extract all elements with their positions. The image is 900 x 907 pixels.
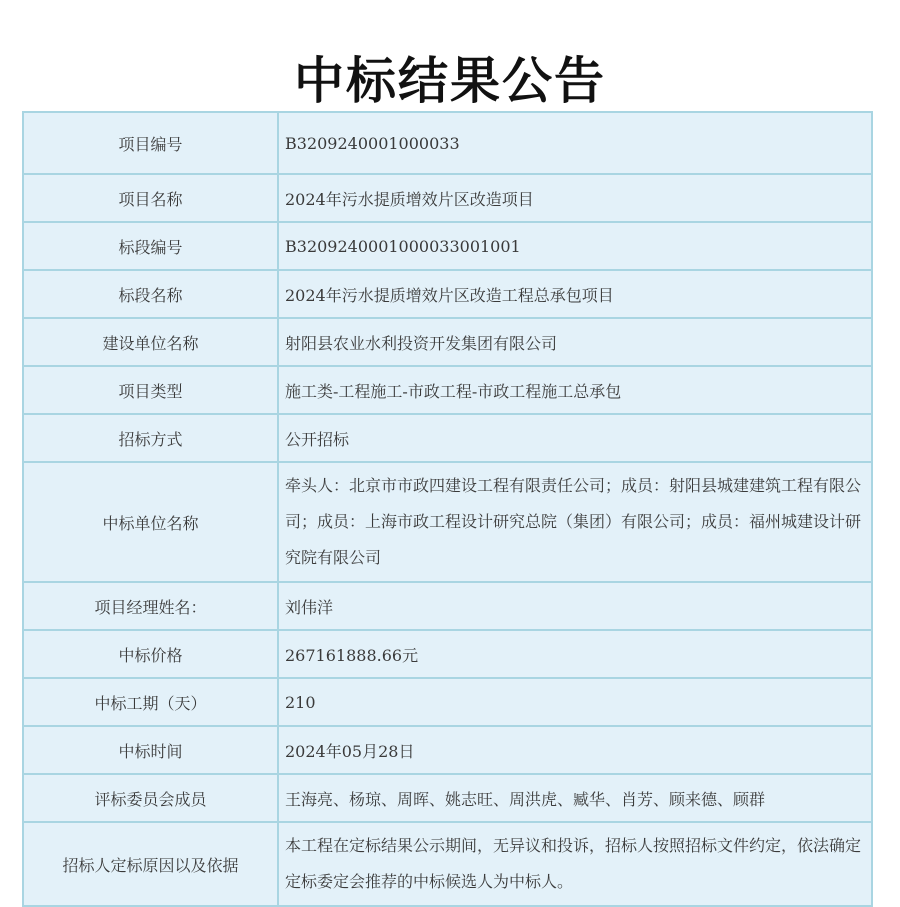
row-label: 中标时间 bbox=[23, 726, 278, 774]
table-row-winning-price: 中标价格 267161888.66元 bbox=[23, 630, 872, 678]
table-row-award-basis: 招标人定标原因以及依据 本工程在定标结果公示期间，无异议和投诉，招标人按照招标文… bbox=[23, 822, 872, 892]
table-row-section-name: 标段名称 2024年污水提质增效片区改造工程总承包项目 bbox=[23, 270, 872, 318]
row-value: B3209240001000033 bbox=[278, 112, 872, 174]
row-value: 267161888.66元 bbox=[278, 630, 872, 678]
row-value: B3209240001000033001001 bbox=[278, 222, 872, 270]
table-row-builder-unit: 建设单位名称 射阳县农业水利投资开发集团有限公司 bbox=[23, 318, 872, 366]
row-label: 项目名称 bbox=[23, 174, 278, 222]
row-label: 中标单位名称 bbox=[23, 462, 278, 582]
row-value: 210 bbox=[278, 678, 872, 726]
table-row-duration: 中标工期（天） 210 bbox=[23, 678, 872, 726]
table-row-project-name: 项目名称 2024年污水提质增效片区改造项目 bbox=[23, 174, 872, 222]
row-value: 本工程在定标结果公示期间，无异议和投诉，招标人按照招标文件约定，依法确定定标委定… bbox=[278, 822, 872, 892]
row-value: 2024年污水提质增效片区改造项目 bbox=[278, 174, 872, 222]
row-value: 刘伟洋 bbox=[278, 582, 872, 630]
row-label: 项目类型 bbox=[23, 366, 278, 414]
table-row-award-date: 中标时间 2024年05月28日 bbox=[23, 726, 872, 774]
bid-result-table: 项目编号 B3209240001000033 项目名称 2024年污水提质增效片… bbox=[22, 111, 873, 892]
page-title: 中标结果公告 bbox=[0, 46, 900, 116]
row-value: 牵头人：北京市市政四建设工程有限责任公司；成员：射阳县城建建筑工程有限公司；成员… bbox=[278, 462, 872, 582]
row-value: 施工类-工程施工-市政工程-市政工程施工总承包 bbox=[278, 366, 872, 414]
row-label: 评标委员会成员 bbox=[23, 774, 278, 822]
table-row-committee-members: 评标委员会成员 王海亮、杨琼、周晖、姚志旺、周洪虎、臧华、肖芳、顾来德、顾群 bbox=[23, 774, 872, 822]
row-label: 中标价格 bbox=[23, 630, 278, 678]
row-value: 公开招标 bbox=[278, 414, 872, 462]
row-label: 建设单位名称 bbox=[23, 318, 278, 366]
table-row-tender-method: 招标方式 公开招标 bbox=[23, 414, 872, 462]
row-label: 项目编号 bbox=[23, 112, 278, 174]
row-label: 标段名称 bbox=[23, 270, 278, 318]
row-label: 中标工期（天） bbox=[23, 678, 278, 726]
row-label: 招标人定标原因以及依据 bbox=[23, 822, 278, 892]
row-value: 2024年污水提质增效片区改造工程总承包项目 bbox=[278, 270, 872, 318]
row-value: 王海亮、杨琼、周晖、姚志旺、周洪虎、臧华、肖芳、顾来德、顾群 bbox=[278, 774, 872, 822]
table-row-winning-unit: 中标单位名称 牵头人：北京市市政四建设工程有限责任公司；成员：射阳县城建建筑工程… bbox=[23, 462, 872, 582]
row-value: 射阳县农业水利投资开发集团有限公司 bbox=[278, 318, 872, 366]
row-value: 2024年05月28日 bbox=[278, 726, 872, 774]
table-row-project-manager: 项目经理姓名： 刘伟洋 bbox=[23, 582, 872, 630]
row-label: 标段编号 bbox=[23, 222, 278, 270]
table-row-section-number: 标段编号 B3209240001000033001001 bbox=[23, 222, 872, 270]
row-label: 招标方式 bbox=[23, 414, 278, 462]
table-row-project-type: 项目类型 施工类-工程施工-市政工程-市政工程施工总承包 bbox=[23, 366, 872, 414]
row-label: 项目经理姓名： bbox=[23, 582, 278, 630]
table-row-project-number: 项目编号 B3209240001000033 bbox=[23, 112, 872, 174]
